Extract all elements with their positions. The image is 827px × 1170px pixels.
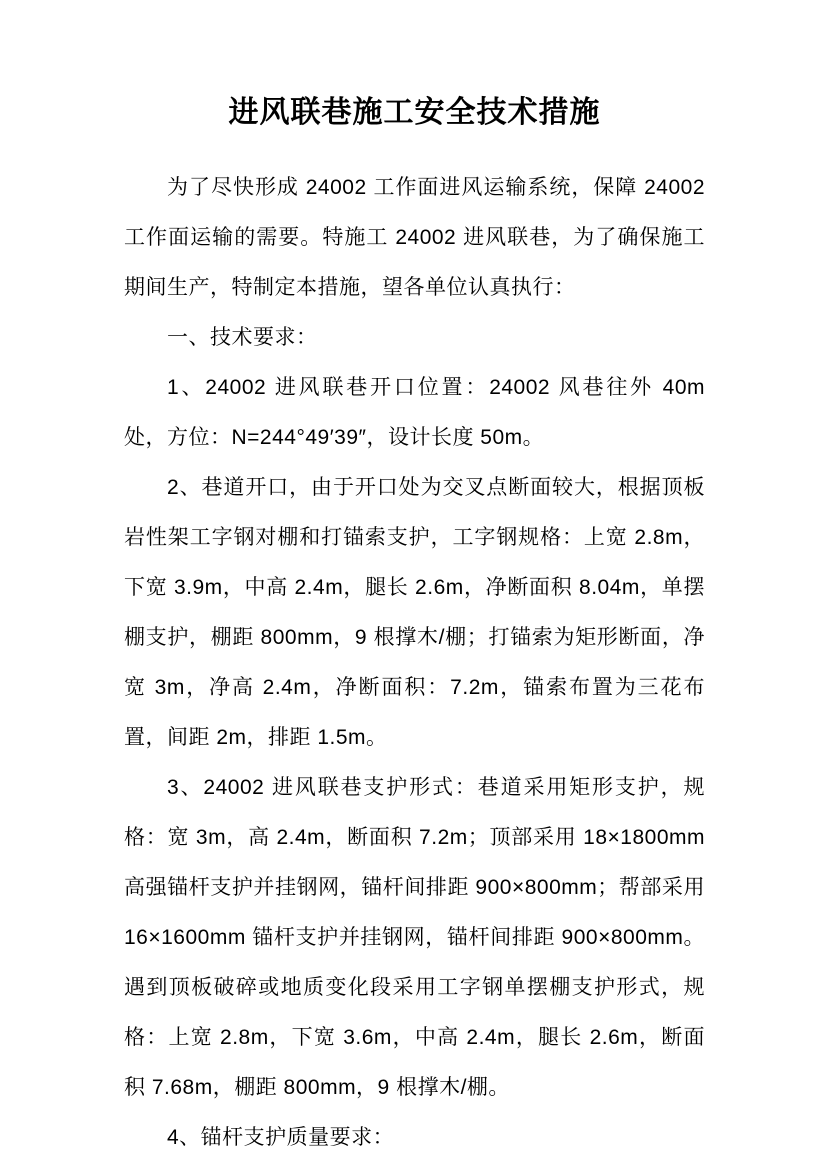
- paragraph-item-3-support-form: 3、24002 进风联巷支护形式：巷道采用矩形支护，规格：宽 3m，高 2.4m…: [124, 763, 705, 1113]
- paragraph-intro: 为了尽快形成 24002 工作面进风运输系统，保障 24002 工作面运输的需要…: [124, 163, 705, 313]
- paragraph-item-2-roadway-opening: 2、巷道开口，由于开口处为交叉点断面较大，根据顶板岩性架工字钢对棚和打锚索支护，…: [124, 463, 705, 763]
- paragraph-item-4-bolt-support-quality: 4、锚杆支护质量要求：: [124, 1113, 705, 1163]
- document-page: 进风联巷施工安全技术措施 为了尽快形成 24002 工作面进风运输系统，保障 2…: [0, 0, 827, 1170]
- document-body: 为了尽快形成 24002 工作面进风运输系统，保障 24002 工作面运输的需要…: [124, 163, 705, 1163]
- document-title: 进风联巷施工安全技术措施: [124, 88, 705, 138]
- paragraph-section-heading-technical-requirements: 一、技术要求：: [124, 313, 705, 363]
- paragraph-item-1-opening-position: 1、24002 进风联巷开口位置：24002 风巷往外 40m 处，方位：N=2…: [124, 363, 705, 463]
